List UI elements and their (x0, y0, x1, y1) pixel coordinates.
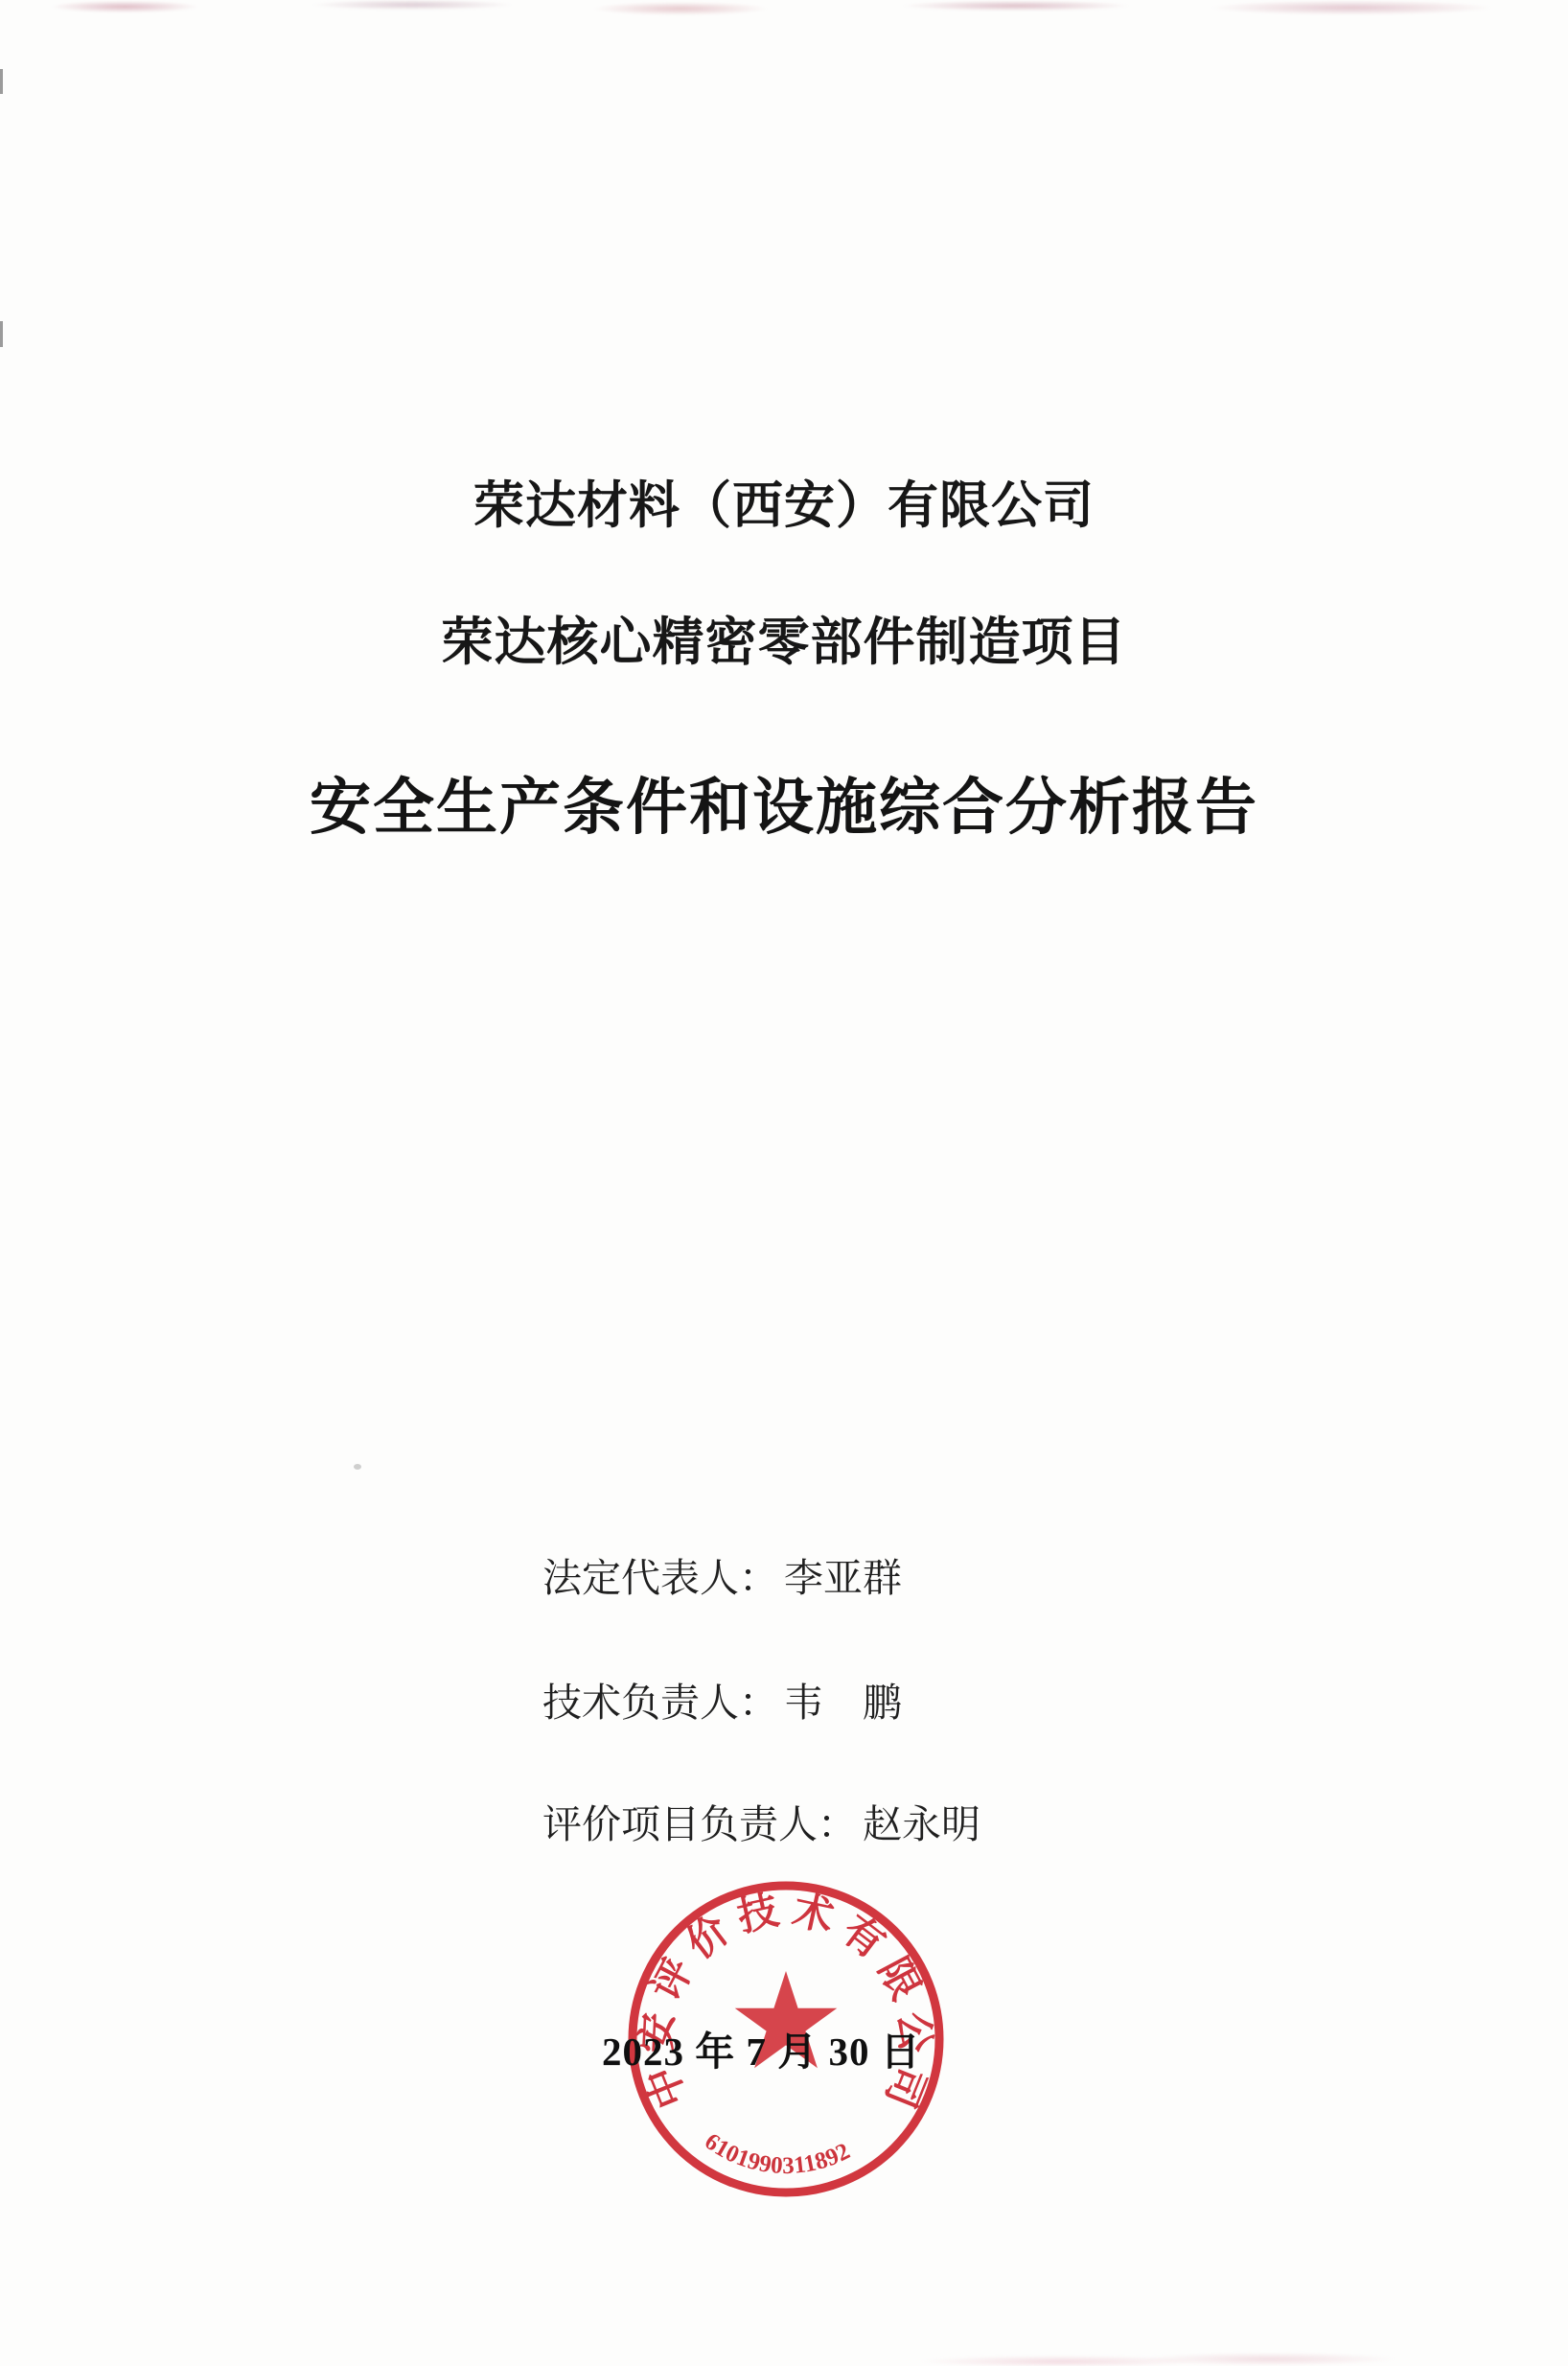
legal-representative-row: 法定代表人：李亚群 (542, 1557, 902, 1600)
scan-edge-mark (0, 69, 3, 94)
evaluation-lead-name: 赵永明 (863, 1802, 980, 1846)
legal-representative-name: 李亚群 (784, 1556, 902, 1600)
evaluation-lead-row: 评价项目负责人：赵永明 (542, 1803, 980, 1846)
technical-lead-row: 技术负责人：韦 鹏 (542, 1682, 902, 1725)
company-name: 荣达材料（西安）有限公司 (0, 477, 1568, 536)
evaluation-lead-label: 评价项目负责人： (542, 1802, 857, 1846)
project-name: 荣达核心精密零部件制造项目 (0, 613, 1568, 672)
report-title: 安全生产条件和设施综合分析报告 (0, 773, 1568, 844)
scan-noise-top (0, 0, 1568, 29)
technical-lead-name: 韦 鹏 (784, 1681, 902, 1725)
scan-speck (354, 1464, 361, 1470)
report-date: 2023 年 7 月 30 日 (602, 2030, 921, 2074)
svg-text:6101990311892: 6101990311892 (700, 2128, 855, 2179)
technical-lead-label: 技术负责人： (542, 1681, 778, 1725)
document-page: 荣达材料（西安）有限公司 荣达核心精密零部件制造项目 安全生产条件和设施综合分析… (0, 0, 1568, 2366)
scan-noise-bottom (911, 2343, 1409, 2366)
seal-number: 6101990311892 (700, 2128, 855, 2179)
legal-representative-label: 法定代表人： (542, 1556, 778, 1600)
scan-edge-mark (0, 321, 3, 347)
